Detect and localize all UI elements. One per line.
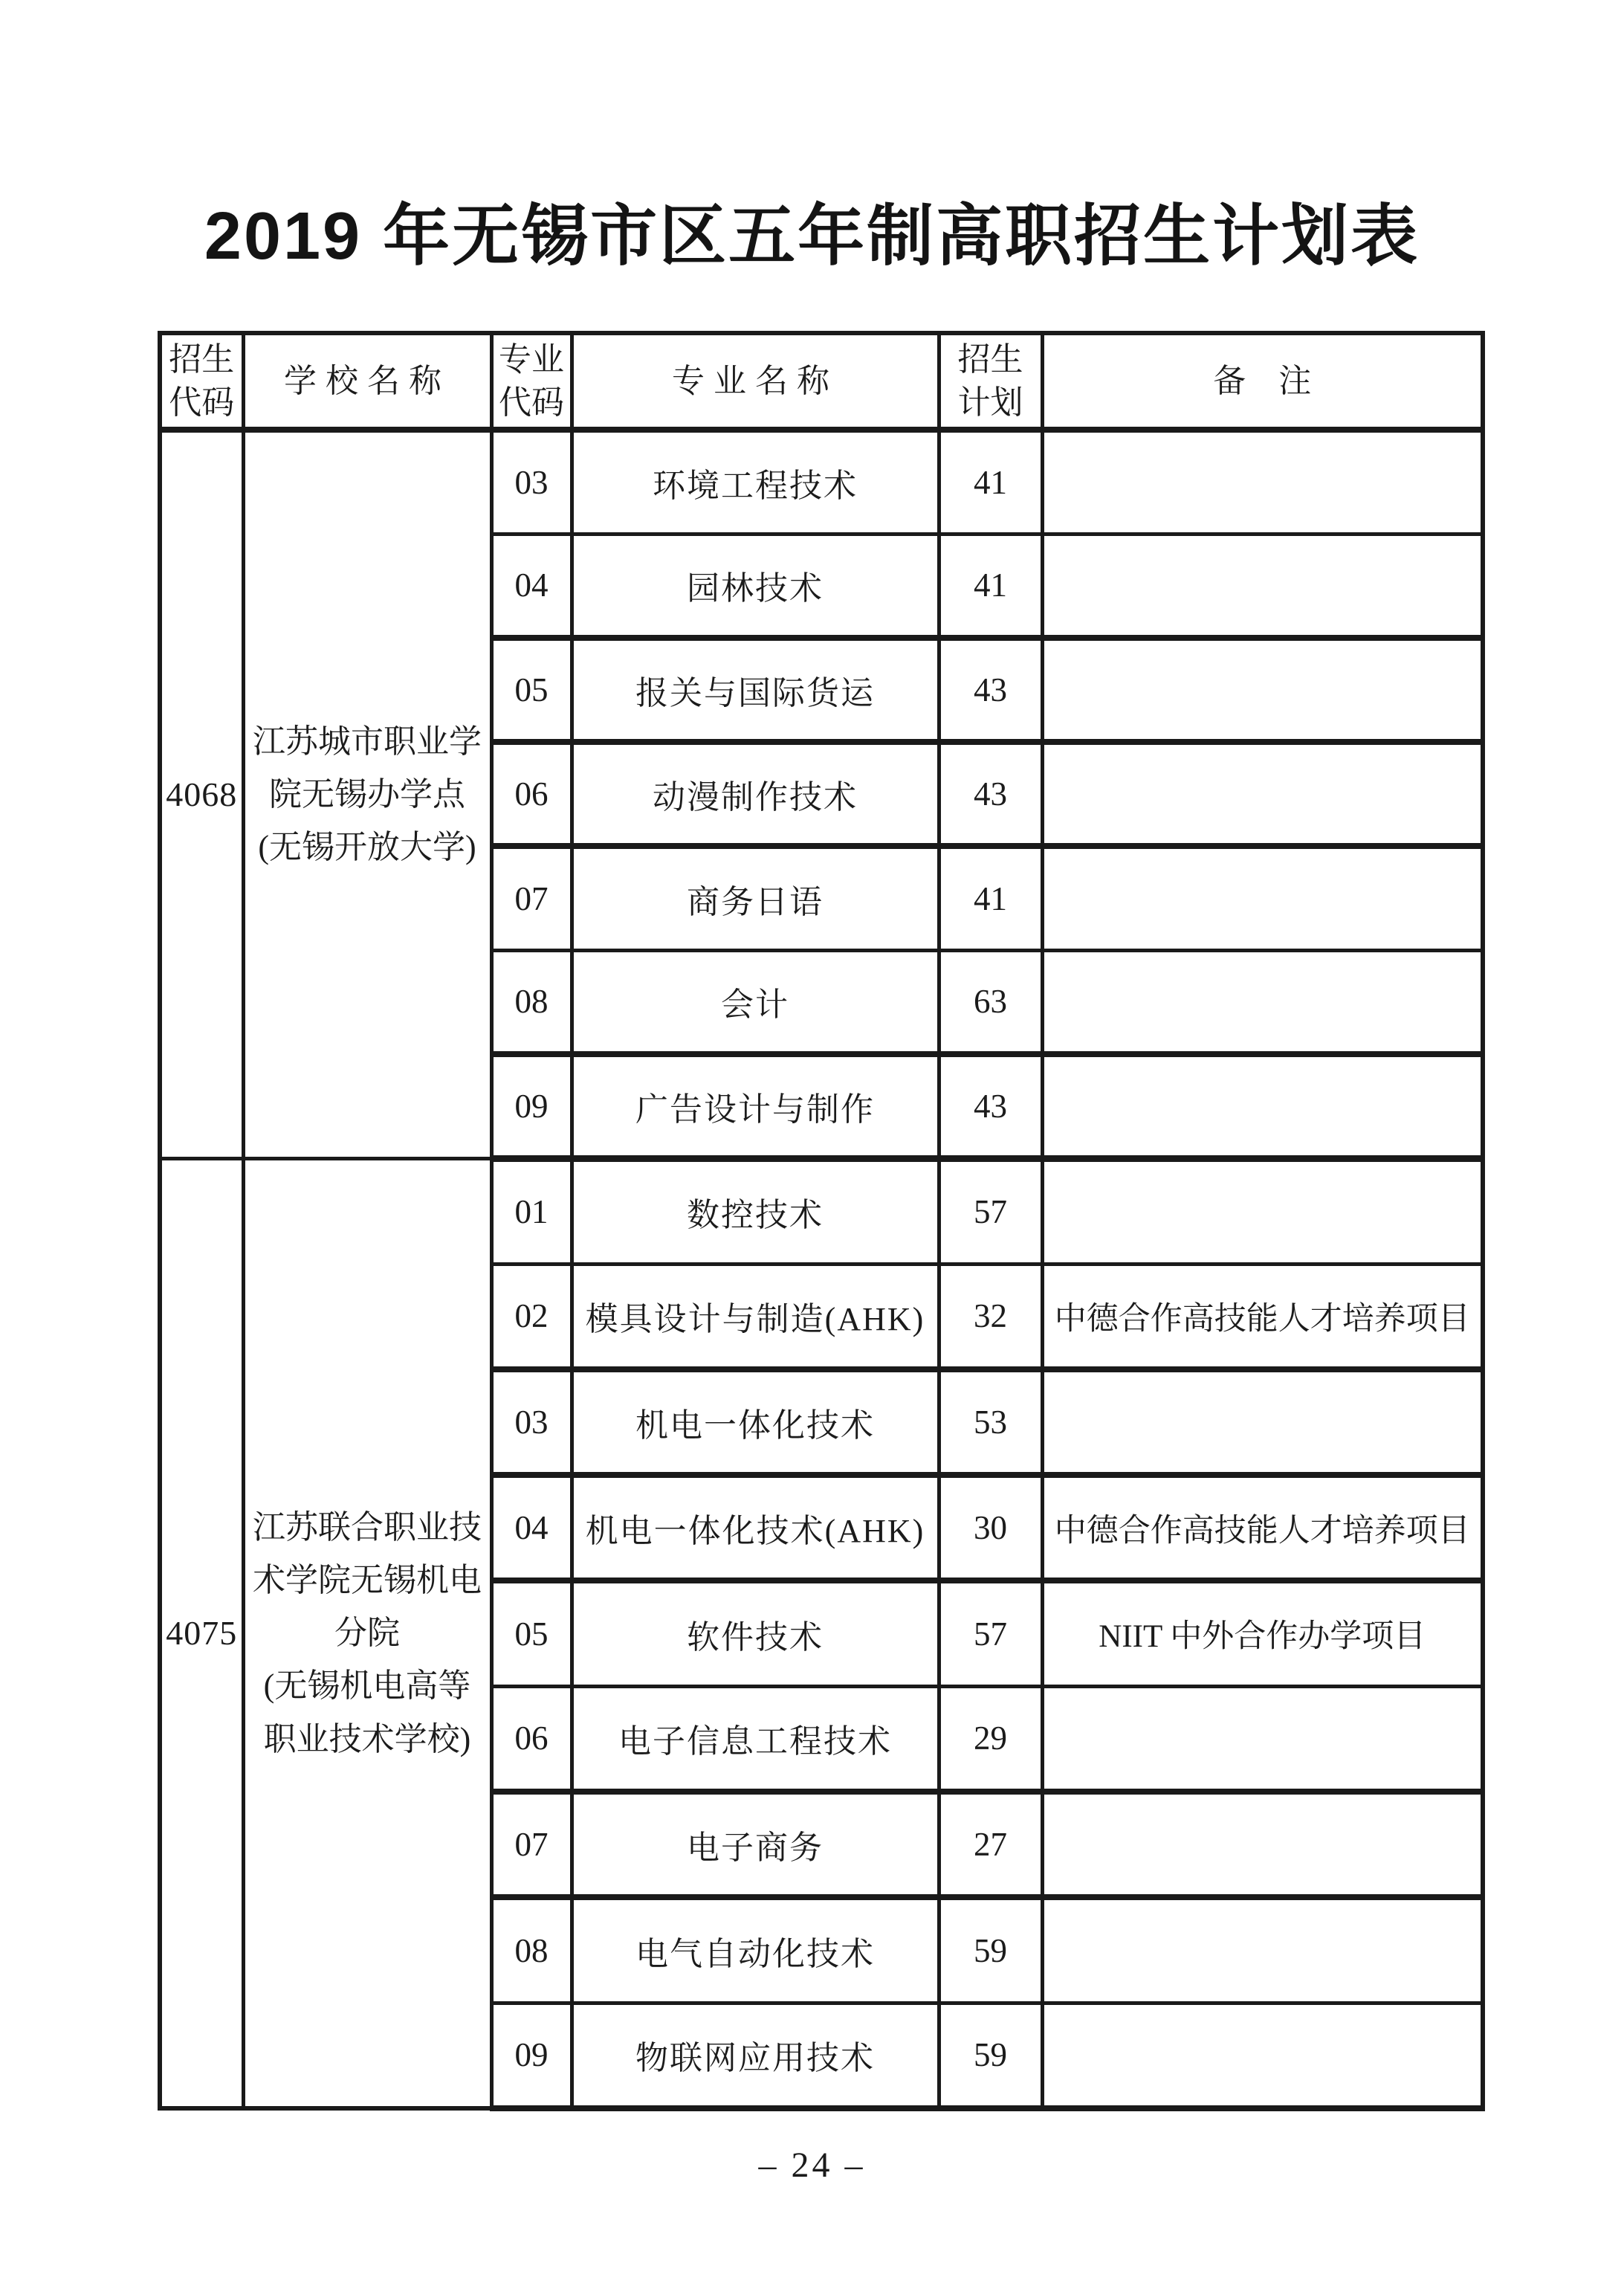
enrollment-plan-table: 招生 代码 学校名称 专业 代码 专业名称 招生 计划 备 注 4068江苏城市…	[158, 331, 1485, 2111]
major-code-cell: 09	[491, 2003, 572, 2108]
major-name-cell: 电子信息工程技术	[572, 1686, 939, 1792]
plan-count-cell: 27	[939, 1792, 1042, 1897]
major-code-cell: 09	[491, 1054, 572, 1158]
major-name-cell: 软件技术	[572, 1580, 939, 1686]
plan-count-cell: 29	[939, 1686, 1042, 1792]
major-name-cell: 环境工程技术	[572, 430, 939, 534]
plan-count-cell: 59	[939, 1897, 1042, 2003]
major-name-cell: 机电一体化技术	[572, 1369, 939, 1475]
plan-count-cell: 41	[939, 430, 1042, 534]
table-row: 4075江苏联合职业技 术学院无锡机电 分院 (无锡机电高等 职业技术学校)01…	[160, 1158, 1483, 1264]
plan-count-cell: 63	[939, 950, 1042, 1054]
major-name-cell: 报关与国际货运	[572, 638, 939, 742]
remark-cell	[1042, 430, 1483, 534]
plan-count-cell: 57	[939, 1580, 1042, 1686]
school-name-cell: 江苏联合职业技 术学院无锡机电 分院 (无锡机电高等 职业技术学校)	[243, 1158, 491, 2108]
major-code-cell: 03	[491, 1369, 572, 1475]
major-code-cell: 02	[491, 1264, 572, 1369]
major-name-cell: 数控技术	[572, 1158, 939, 1264]
major-name-cell: 电子商务	[572, 1792, 939, 1897]
header-row: 招生 代码 学校名称 专业 代码 专业名称 招生 计划 备 注	[160, 333, 1483, 430]
plan-count-cell: 43	[939, 1054, 1042, 1158]
remark-cell: 中德合作高技能人才培养项目	[1042, 1475, 1483, 1580]
major-code-cell: 05	[491, 638, 572, 742]
major-name-cell: 机电一体化技术(AHK)	[572, 1475, 939, 1580]
header-enroll-code: 招生 代码	[160, 333, 243, 430]
page: { "page": { "title": "2019 年无锡市区五年制高职招生计…	[0, 0, 1624, 2283]
header-remark: 备 注	[1042, 333, 1483, 430]
header-major-code: 专业 代码	[491, 333, 572, 430]
plan-count-cell: 43	[939, 742, 1042, 846]
major-name-cell: 电气自动化技术	[572, 1897, 939, 2003]
table-row: 4068江苏城市职业学 院无锡办学点 (无锡开放大学)03环境工程技术41	[160, 430, 1483, 534]
major-code-cell: 01	[491, 1158, 572, 1264]
page-title: 2019 年无锡市区五年制高职招生计划表	[0, 181, 1624, 278]
remark-cell	[1042, 534, 1483, 638]
remark-cell	[1042, 846, 1483, 950]
remark-cell	[1042, 1158, 1483, 1264]
remark-cell: NIIT 中外合作办学项目	[1042, 1580, 1483, 1686]
remark-cell	[1042, 1897, 1483, 2003]
major-code-cell: 04	[491, 534, 572, 638]
remark-cell	[1042, 638, 1483, 742]
major-code-cell: 07	[491, 846, 572, 950]
header-major-name: 专业名称	[572, 333, 939, 430]
remark-cell	[1042, 742, 1483, 846]
major-name-cell: 商务日语	[572, 846, 939, 950]
major-code-cell: 06	[491, 742, 572, 846]
plan-count-cell: 57	[939, 1158, 1042, 1264]
page-number: – 24 –	[0, 2145, 1624, 2186]
school-name-cell: 江苏城市职业学 院无锡办学点 (无锡开放大学)	[243, 430, 491, 1158]
major-name-cell: 动漫制作技术	[572, 742, 939, 846]
remark-cell	[1042, 1054, 1483, 1158]
major-code-cell: 08	[491, 1897, 572, 2003]
plan-count-cell: 41	[939, 534, 1042, 638]
plan-count-cell: 53	[939, 1369, 1042, 1475]
header-enroll-plan: 招生 计划	[939, 333, 1042, 430]
major-name-cell: 广告设计与制作	[572, 1054, 939, 1158]
remark-cell	[1042, 1792, 1483, 1897]
major-code-cell: 03	[491, 430, 572, 534]
major-name-cell: 会计	[572, 950, 939, 1054]
major-name-cell: 物联网应用技术	[572, 2003, 939, 2108]
major-code-cell: 04	[491, 1475, 572, 1580]
remark-cell	[1042, 1686, 1483, 1792]
remark-cell	[1042, 1369, 1483, 1475]
major-name-cell: 园林技术	[572, 534, 939, 638]
header-school-name: 学校名称	[243, 333, 491, 430]
plan-count-cell: 32	[939, 1264, 1042, 1369]
remark-cell	[1042, 950, 1483, 1054]
remark-cell: 中德合作高技能人才培养项目	[1042, 1264, 1483, 1369]
plan-count-cell: 43	[939, 638, 1042, 742]
major-name-cell: 模具设计与制造(AHK)	[572, 1264, 939, 1369]
remark-cell	[1042, 2003, 1483, 2108]
major-code-cell: 07	[491, 1792, 572, 1897]
major-code-cell: 05	[491, 1580, 572, 1686]
plan-count-cell: 59	[939, 2003, 1042, 2108]
plan-count-cell: 41	[939, 846, 1042, 950]
major-code-cell: 06	[491, 1686, 572, 1792]
major-code-cell: 08	[491, 950, 572, 1054]
school-code-cell: 4068	[160, 430, 243, 1158]
school-code-cell: 4075	[160, 1158, 243, 2108]
plan-count-cell: 30	[939, 1475, 1042, 1580]
